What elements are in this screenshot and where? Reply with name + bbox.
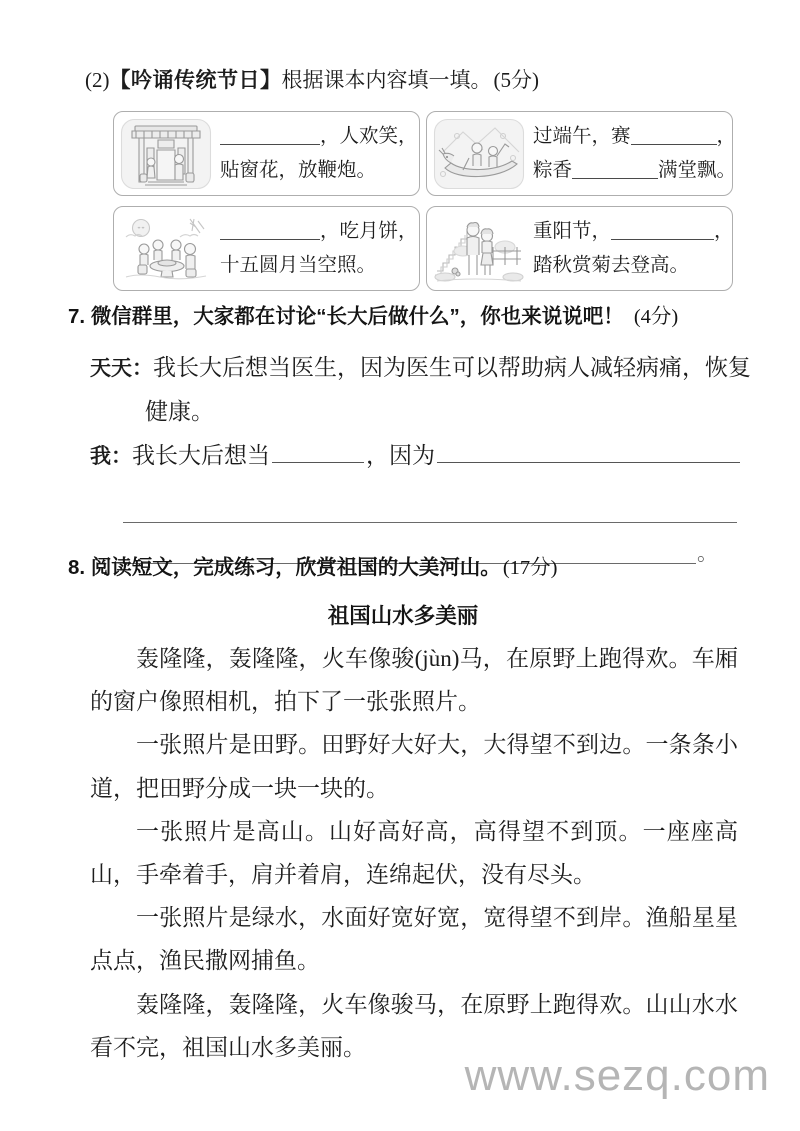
dragon-boat-illustration: [433, 118, 525, 190]
tiantian-dialog-line2: 健康。: [145, 390, 740, 433]
q8-prompt: 阅读短文，完成练习，欣赏祖国的大美河山。: [91, 556, 501, 579]
festival-box-duanwu: 过端午，赛， 粽香满堂飘。: [426, 111, 733, 196]
festival-text: 十五圆月当空照。: [220, 255, 376, 276]
festival-box-chongyang: 重阳节，， 踏秋赏菊去登高。: [426, 206, 733, 291]
reading-passage: 轰隆隆，轰隆隆，火车像骏(jùn)马，在原野上跑得欢。车厢的窗户像照相机，拍下了…: [90, 637, 738, 1069]
site-watermark: www.sezq.com: [465, 1051, 770, 1101]
festival-text: ，人欢笑，: [320, 126, 418, 147]
answer-line: [123, 522, 737, 523]
q2-score: (5分): [494, 68, 540, 92]
festival-box-spring-text: ，人欢笑， 贴窗花，放鞭炮。: [220, 120, 418, 188]
worksheet-page: (2)【吟诵传统节日】根据课本内容填一填。(5分): [0, 0, 800, 1131]
passage-paragraph: 一张照片是田野。田野好大好大，大得望不到边。一条条小道，把田野分成一块一块的。: [90, 723, 738, 809]
mid-autumn-family-illustration: [120, 213, 212, 285]
tiantian-text-line1: 我长大后想当医生，因为医生可以帮助病人减轻病痛，恢复: [153, 355, 751, 380]
festival-box-duanwu-text: 过端午，赛， 粽香满堂飘。: [533, 120, 736, 188]
fill-blank: [631, 124, 717, 145]
fill-blank: [220, 219, 320, 240]
tiantian-label: 天天：: [90, 357, 153, 380]
chongyang-outing-illustration: [433, 213, 525, 285]
q7-header: 7. 微信群里，大家都在讨论“长大后做什么”，你也来说说吧！(4分): [68, 303, 740, 331]
festival-text: 满堂飘。: [658, 160, 736, 181]
festival-text: 重阳节，: [533, 221, 611, 242]
me-text-mid: ，因为: [366, 434, 435, 477]
passage-title: 祖国山水多美丽: [68, 599, 738, 630]
tiantian-dialog-line1: 天天：我长大后想当医生，因为医生可以帮助病人减轻病痛，恢复: [90, 346, 740, 390]
festival-text: 踏秋赏菊去登高。: [533, 255, 689, 276]
passage-paragraph: 一张照片是高山。山好高好高，高得望不到顶。一座座高山，手牵着手，肩并着肩，连绵起…: [90, 810, 738, 896]
question-8: 8. 阅读短文，完成练习，欣赏祖国的大美河山。(17分) 祖国山水多美丽 轰隆隆…: [68, 554, 740, 1069]
festival-line: 粽香满堂飘。: [533, 154, 736, 188]
festival-text: ，: [714, 221, 734, 242]
q7-number: 7.: [68, 305, 85, 328]
me-text-pre: 我长大后想当: [132, 434, 270, 477]
q7-prompt: 微信群里，大家都在讨论“长大后做什么”，你也来说说吧！: [91, 305, 624, 328]
me-dialog-line: 我：我长大后想当，因为: [90, 434, 740, 478]
festival-box-chongyang-text: 重阳节，， 踏秋赏菊去登高。: [533, 215, 734, 283]
festival-line: ，吃月饼，: [220, 215, 418, 249]
q8-score: (17分): [503, 557, 558, 579]
fill-blank: [611, 219, 714, 240]
me-label: 我：: [90, 435, 132, 478]
festival-text: ，: [717, 126, 737, 147]
question-7: 7. 微信群里，大家都在讨论“长大后做什么”，你也来说说吧！(4分) 天天：我长…: [68, 303, 740, 564]
q8-number: 8.: [68, 556, 85, 579]
festival-text: ，吃月饼，: [320, 221, 418, 242]
answer-line: [437, 440, 740, 463]
festival-box-zhongqiu: ，吃月饼， 十五圆月当空照。: [113, 206, 420, 291]
fill-blank: [220, 124, 320, 145]
festival-line: 重阳节，，: [533, 215, 734, 249]
q2-tag: 【吟诵传统节日】: [110, 69, 282, 92]
festival-text: 过端午，赛: [533, 126, 631, 147]
festival-box-grid: ，人欢笑， 贴窗花，放鞭炮。: [113, 111, 733, 291]
q2-header: (2)【吟诵传统节日】根据课本内容填一填。(5分): [85, 64, 539, 94]
festival-box-zhongqiu-text: ，吃月饼， 十五圆月当空照。: [220, 215, 418, 283]
festival-line: 贴窗花，放鞭炮。: [220, 154, 418, 188]
festival-line: ，人欢笑，: [220, 120, 418, 154]
q8-header: 8. 阅读短文，完成练习，欣赏祖国的大美河山。(17分): [68, 554, 740, 582]
fill-blank: [572, 158, 658, 179]
passage-paragraph: 轰隆隆，轰隆隆，火车像骏(jùn)马，在原野上跑得欢。车厢的窗户像照相机，拍下了…: [90, 637, 738, 723]
festival-box-spring: ，人欢笑， 贴窗花，放鞭炮。: [113, 111, 420, 196]
festival-text: 贴窗花，放鞭炮。: [220, 160, 376, 181]
spring-festival-gate-illustration: [120, 118, 212, 190]
festival-line: 过端午，赛，: [533, 120, 736, 154]
q2-number: (2): [85, 68, 110, 92]
tiantian-text-line2: 健康。: [145, 399, 214, 424]
fill-blank: [272, 440, 364, 463]
q7-score: (4分): [634, 306, 678, 328]
festival-text: 粽香: [533, 160, 572, 181]
passage-paragraph: 一张照片是绿水，水面好宽好宽，宽得望不到岸。渔船星星点点，渔民撒网捕鱼。: [90, 896, 738, 982]
festival-line: 十五圆月当空照。: [220, 249, 418, 283]
q2-prompt: 根据课本内容填一填。: [282, 68, 492, 92]
festival-line: 踏秋赏菊去登高。: [533, 249, 734, 283]
